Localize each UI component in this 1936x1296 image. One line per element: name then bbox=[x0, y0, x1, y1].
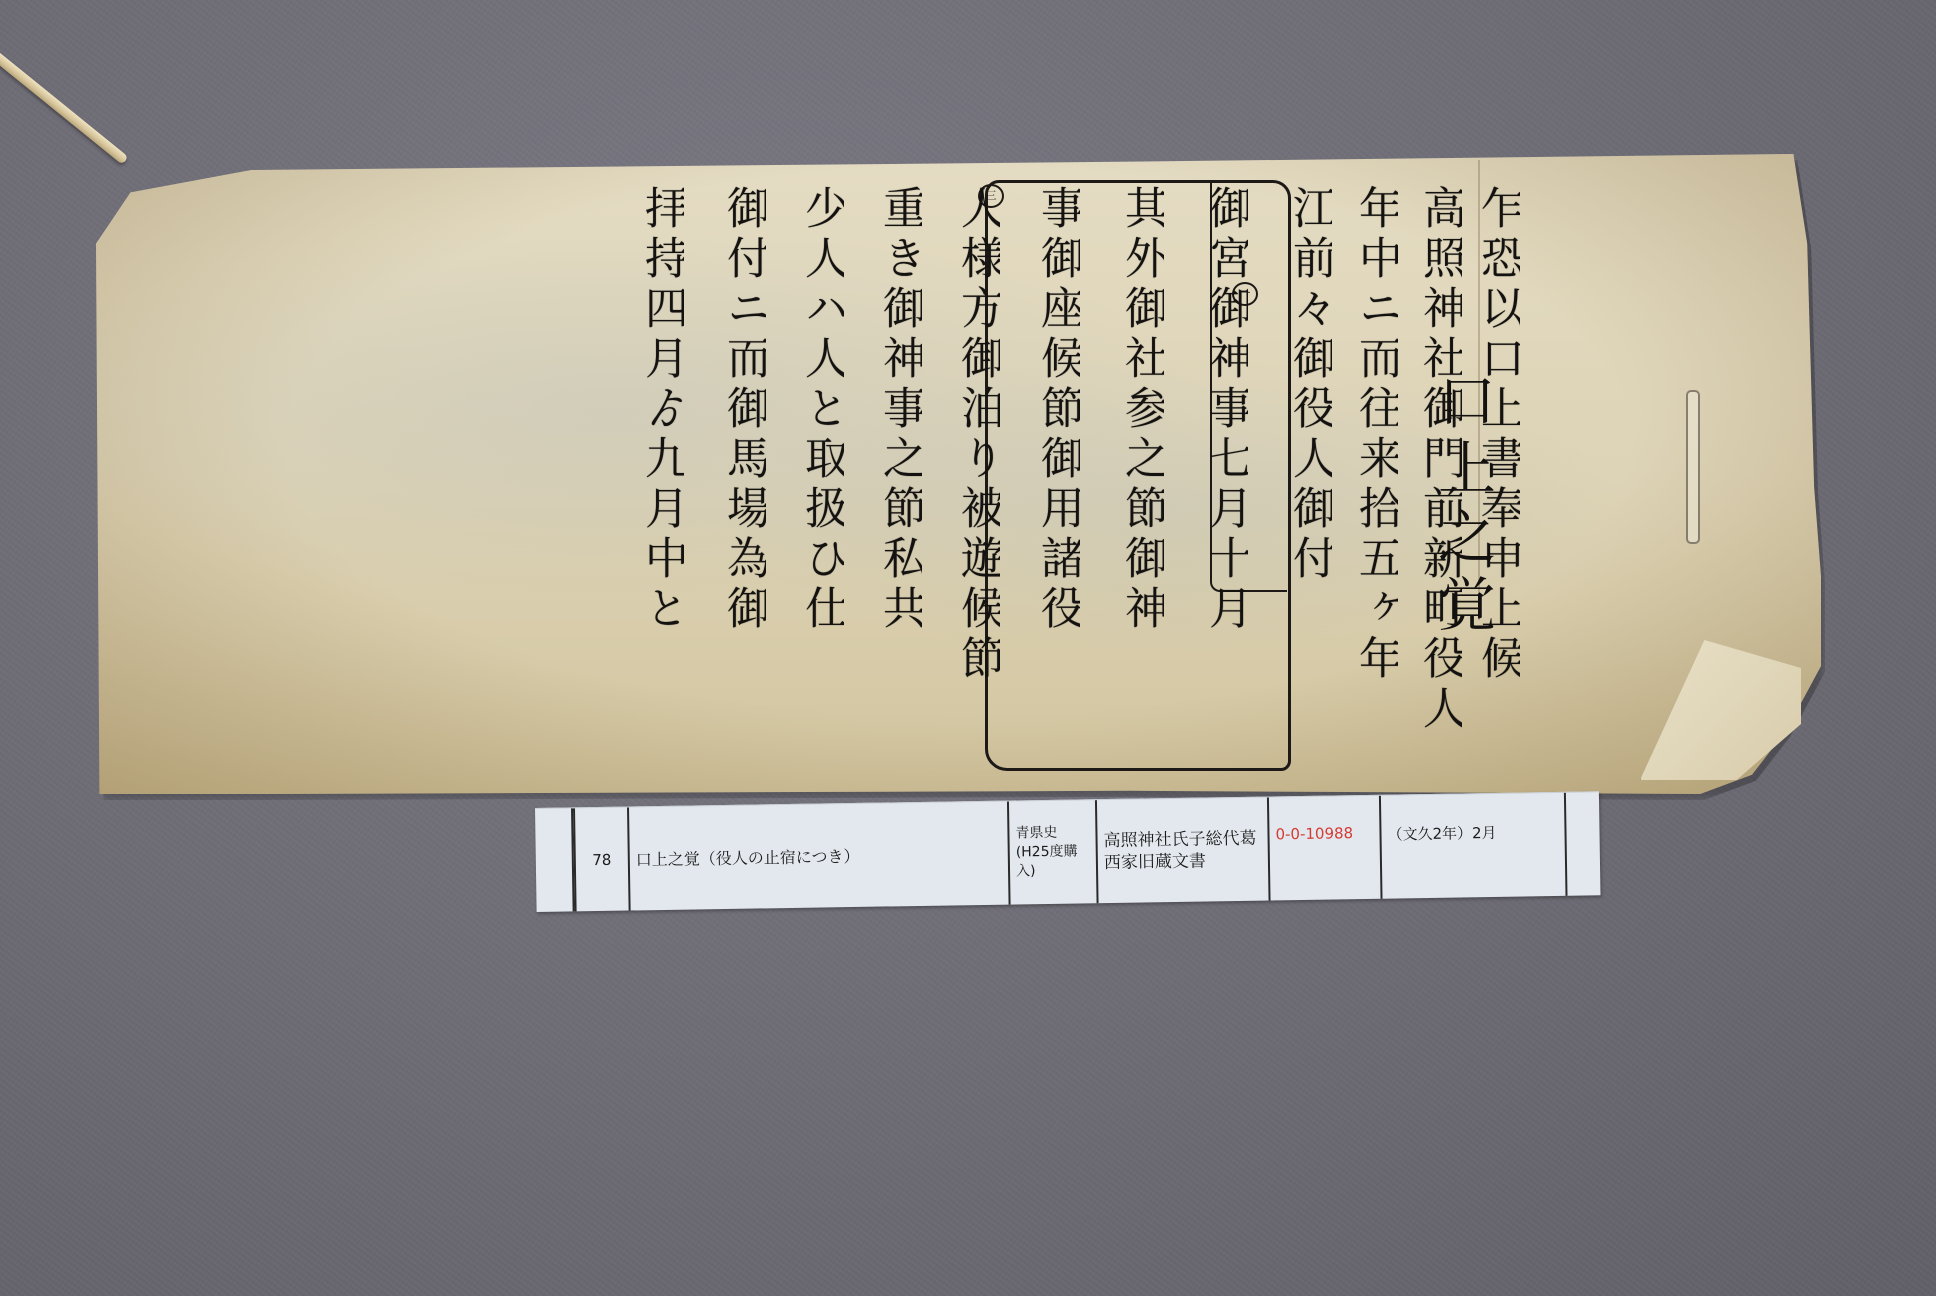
paper-slit bbox=[1686, 390, 1700, 544]
label-cell-source: 青県史(H25度購入) bbox=[1009, 800, 1099, 904]
text-column: 人様方御泊り被遊候節 bbox=[956, 185, 1000, 745]
label-cell-blank bbox=[535, 808, 575, 912]
text-column: 御宮御神事七月十月 bbox=[1204, 185, 1248, 745]
label-cell-number: 78 bbox=[573, 808, 631, 912]
text-column: 其外御社参之節御神 bbox=[1120, 185, 1164, 745]
calligraphy-text-columns: 乍恐以口上書奉申上候 高照神社御門前新町役人 年中ニ而往来拾五ヶ年 江前々御役人… bbox=[190, 185, 1520, 765]
label-cell-date: （文久2年）2月 bbox=[1381, 793, 1568, 899]
label-cell-collection: 高照神社氏子総代葛西家旧蔵文書 bbox=[1097, 797, 1271, 903]
text-column: 江前々御役人御付 bbox=[1288, 185, 1332, 745]
catalog-label-strip: 78 口上之覚（役人の止宿につき） 青県史(H25度購入) 高照神社氏子総代葛西… bbox=[535, 791, 1601, 912]
label-cell-title: 口上之覚（役人の止宿につき） bbox=[629, 802, 1011, 911]
text-column: 御付ニ而御馬場為御 bbox=[722, 185, 766, 745]
text-column: 拝持四月ゟ九月中と bbox=[640, 185, 684, 745]
text-column: 重き御神事之節私共 bbox=[878, 185, 922, 745]
text-column: 少人ハ人と取扱ひ仕 bbox=[800, 185, 844, 745]
label-cell-blank-end bbox=[1566, 792, 1601, 896]
text-column: 年中ニ而往来拾五ヶ年 bbox=[1354, 185, 1398, 745]
text-column: 事御座候節御用諸役 bbox=[1036, 185, 1080, 745]
label-cell-catalog-id: 0-0-10988 bbox=[1269, 796, 1383, 901]
text-column: 高照神社御門前新町役人 bbox=[1418, 185, 1462, 745]
text-column: 乍恐以口上書奉申上候 bbox=[1476, 185, 1520, 745]
